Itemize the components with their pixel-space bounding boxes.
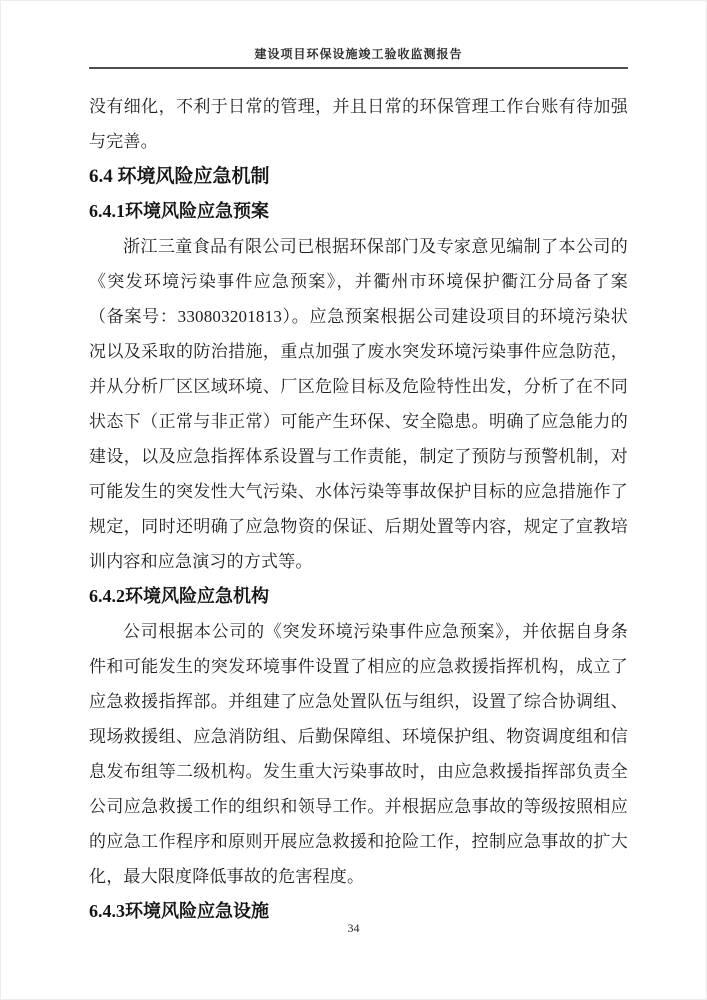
section-heading-6-4-2: 6.4.2环境风险应急机构 bbox=[89, 579, 628, 614]
page-header: 建设项目环保设施竣工验收监测报告 bbox=[89, 1, 628, 69]
section-heading-6-4: 6.4 环境风险应急机制 bbox=[89, 159, 628, 194]
header-title: 建设项目环保设施竣工验收监测报告 bbox=[89, 1, 628, 62]
paragraph-continuation: 没有细化，不利于日常的管理，并且日常的环保管理工作台账有待加强与完善。 bbox=[89, 89, 628, 159]
page-footer: 34 bbox=[1, 921, 706, 936]
document-page: 建设项目环保设施竣工验收监测报告 没有细化，不利于日常的管理，并且日常的环保管理… bbox=[0, 0, 707, 1000]
document-body: 没有细化，不利于日常的管理，并且日常的环保管理工作台账有待加强与完善。 6.4 … bbox=[89, 89, 628, 929]
section-heading-6-4-1: 6.4.1环境风险应急预案 bbox=[89, 194, 628, 229]
paragraph-6-4-1: 浙江三童食品有限公司已根据环保部门及专家意见编制了本公司的《突发环境污染事件应急… bbox=[89, 229, 628, 579]
page-number: 34 bbox=[348, 921, 360, 935]
paragraph-6-4-2: 公司根据本公司的《突发环境污染事件应急预案》，并依据自身条件和可能发生的突发环境… bbox=[89, 614, 628, 894]
header-rule bbox=[89, 67, 628, 69]
